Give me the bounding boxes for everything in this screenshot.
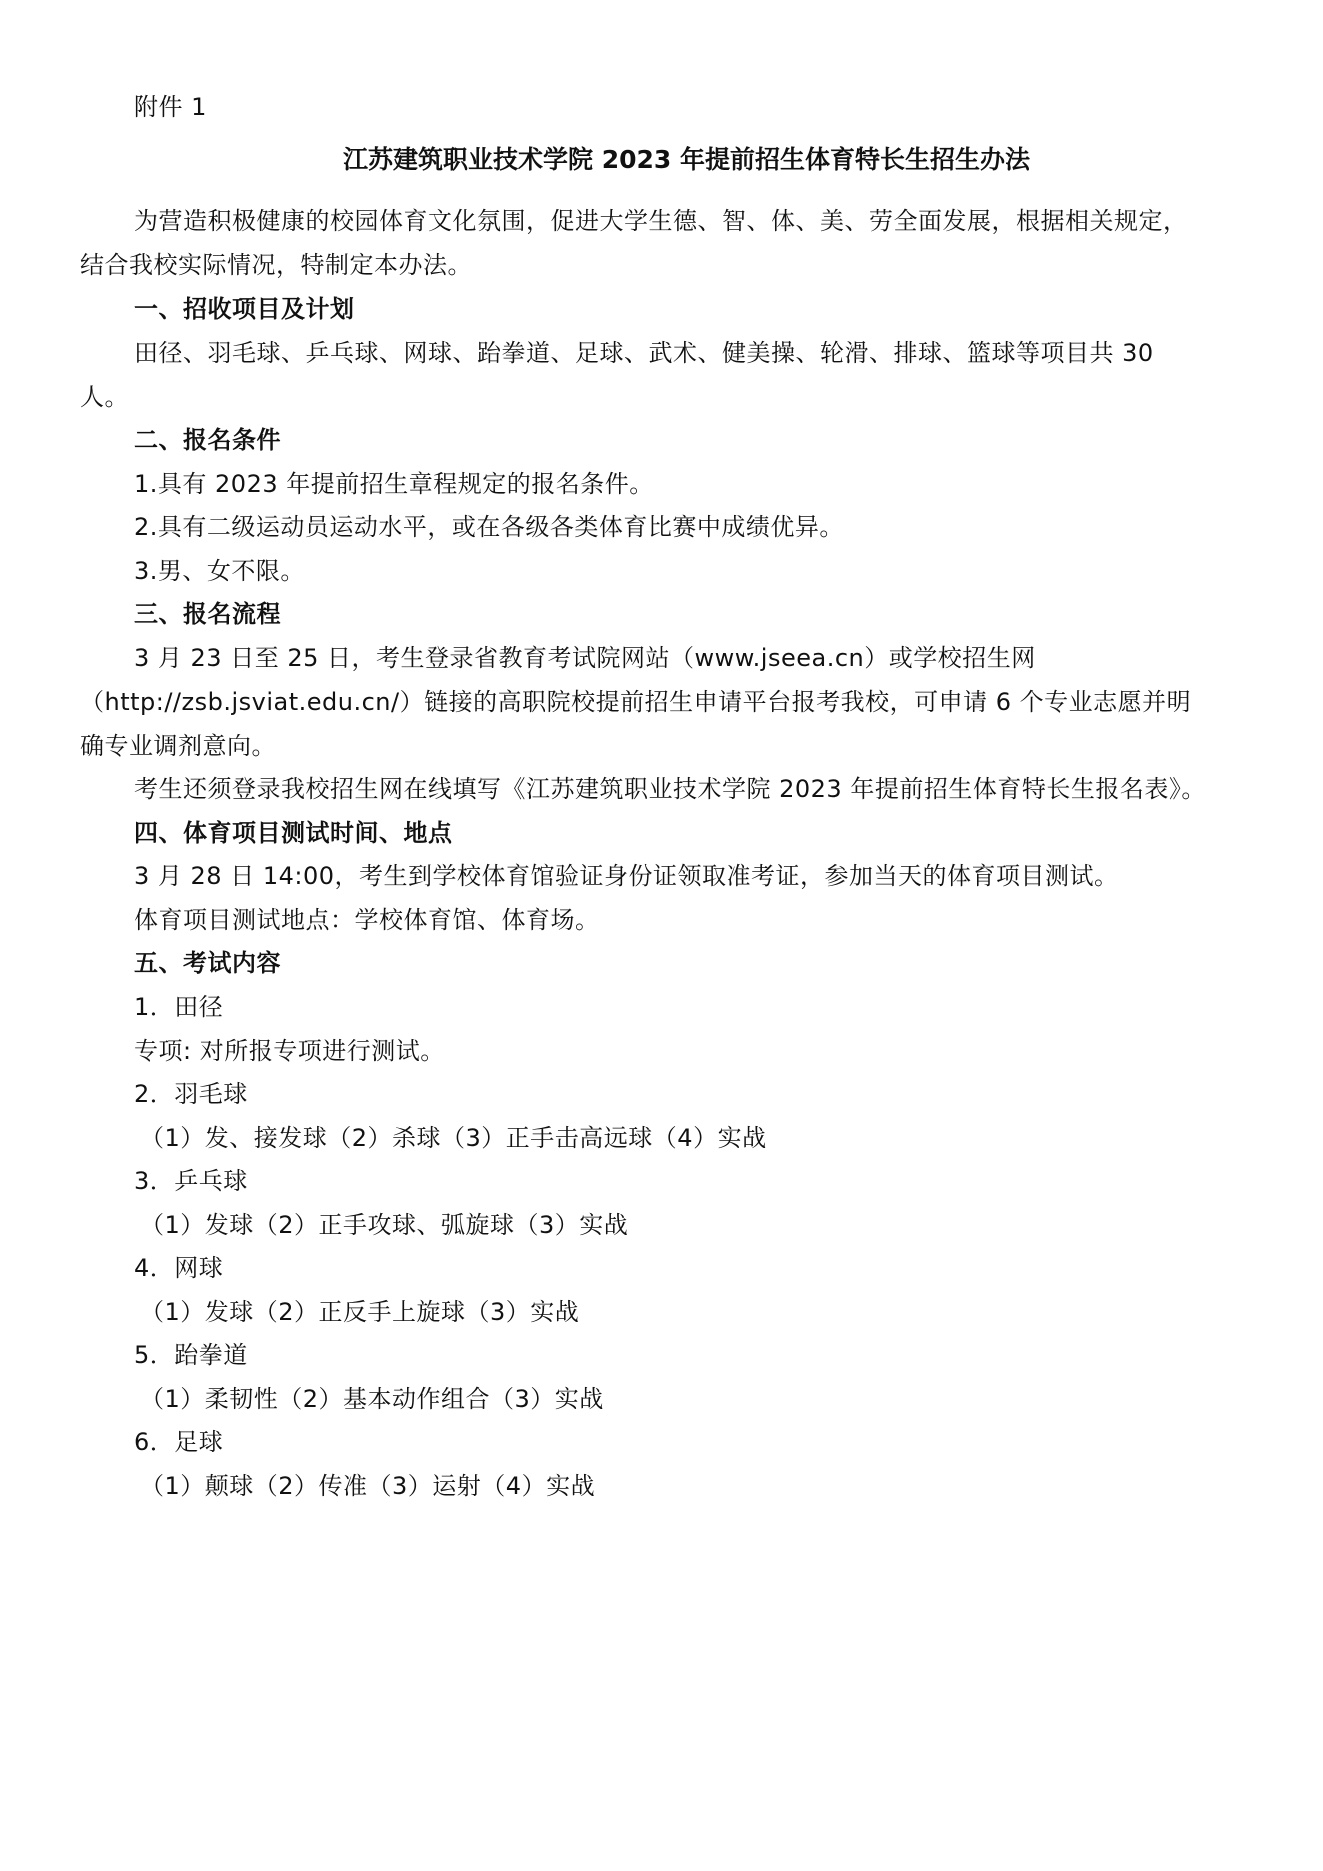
test-location-line: 体育项目测试地点：学校体育馆、体育场。 xyxy=(134,905,600,935)
process-line-1: 3 月 23 日至 25 日，考生登录省教育考试院网站（www.jseea.cn… xyxy=(134,643,1036,673)
section1-line-2: 人。 xyxy=(80,382,129,412)
document-title: 江苏建筑职业技术学院 2023 年提前招生体育特长生招生办法 xyxy=(0,144,1323,176)
exam-item-name-3: 3．乒乓球 xyxy=(134,1166,248,1196)
document-page: 附件 1 江苏建筑职业技术学院 2023 年提前招生体育特长生招生办法 为营造积… xyxy=(0,0,1323,1871)
exam-item-name-6: 6．足球 xyxy=(134,1427,223,1457)
attachment-label: 附件 1 xyxy=(134,92,207,122)
exam-item-detail-2: （1）发、接发球（2）杀球（3）正手击高远球（4）实战 xyxy=(140,1123,767,1153)
process-line-2: （http://zsb.jsviat.edu.cn/）链接的高职院校提前招生申请… xyxy=(80,687,1191,717)
condition-item-1: 1.具有 2023 年提前招生章程规定的报名条件。 xyxy=(134,469,654,499)
condition-item-2: 2.具有二级运动员运动水平，或在各级各类体育比赛中成绩优异。 xyxy=(134,512,844,542)
exam-item-name-2: 2．羽毛球 xyxy=(134,1079,248,1109)
section-heading-5: 五、考试内容 xyxy=(134,948,281,978)
exam-item-name-5: 5．跆拳道 xyxy=(134,1340,248,1370)
section-heading-3: 三、报名流程 xyxy=(134,599,281,629)
exam-item-name-1: 1．田径 xyxy=(134,992,223,1022)
section-heading-1: 一、招收项目及计划 xyxy=(134,294,355,324)
process-line-4: 考生还须登录我校招生网在线填写《江苏建筑职业技术学院 2023 年提前招生体育特… xyxy=(134,774,1206,804)
intro-line-1: 为营造积极健康的校园体育文化氛围，促进大学生德、智、体、美、劳全面发展，根据相关… xyxy=(134,206,1188,236)
test-time-line: 3 月 28 日 14:00，考生到学校体育馆验证身份证领取准考证，参加当天的体… xyxy=(134,861,1119,891)
intro-line-2: 结合我校实际情况，特制定本办法。 xyxy=(80,250,472,280)
exam-item-detail-4: （1）发球（2）正反手上旋球（3）实战 xyxy=(140,1297,579,1327)
section1-line-1: 田径、羽毛球、乒乓球、网球、跆拳道、足球、武术、健美操、轮滑、排球、篮球等项目共… xyxy=(134,338,1154,368)
exam-item-name-4: 4．网球 xyxy=(134,1253,223,1283)
exam-item-detail-1: 专项: 对所报专项进行测试。 xyxy=(134,1036,445,1066)
condition-item-3: 3.男、女不限。 xyxy=(134,556,305,586)
section-heading-2: 二、报名条件 xyxy=(134,425,281,455)
process-line-3: 确专业调剂意向。 xyxy=(80,731,276,761)
section-heading-4: 四、体育项目测试时间、地点 xyxy=(134,818,453,848)
exam-item-detail-5: （1）柔韧性（2）基本动作组合（3）实战 xyxy=(140,1384,604,1414)
exam-item-detail-3: （1）发球（2）正手攻球、弧旋球（3）实战 xyxy=(140,1210,628,1240)
exam-item-detail-6: （1）颠球（2）传准（3）运射（4）实战 xyxy=(140,1471,595,1501)
